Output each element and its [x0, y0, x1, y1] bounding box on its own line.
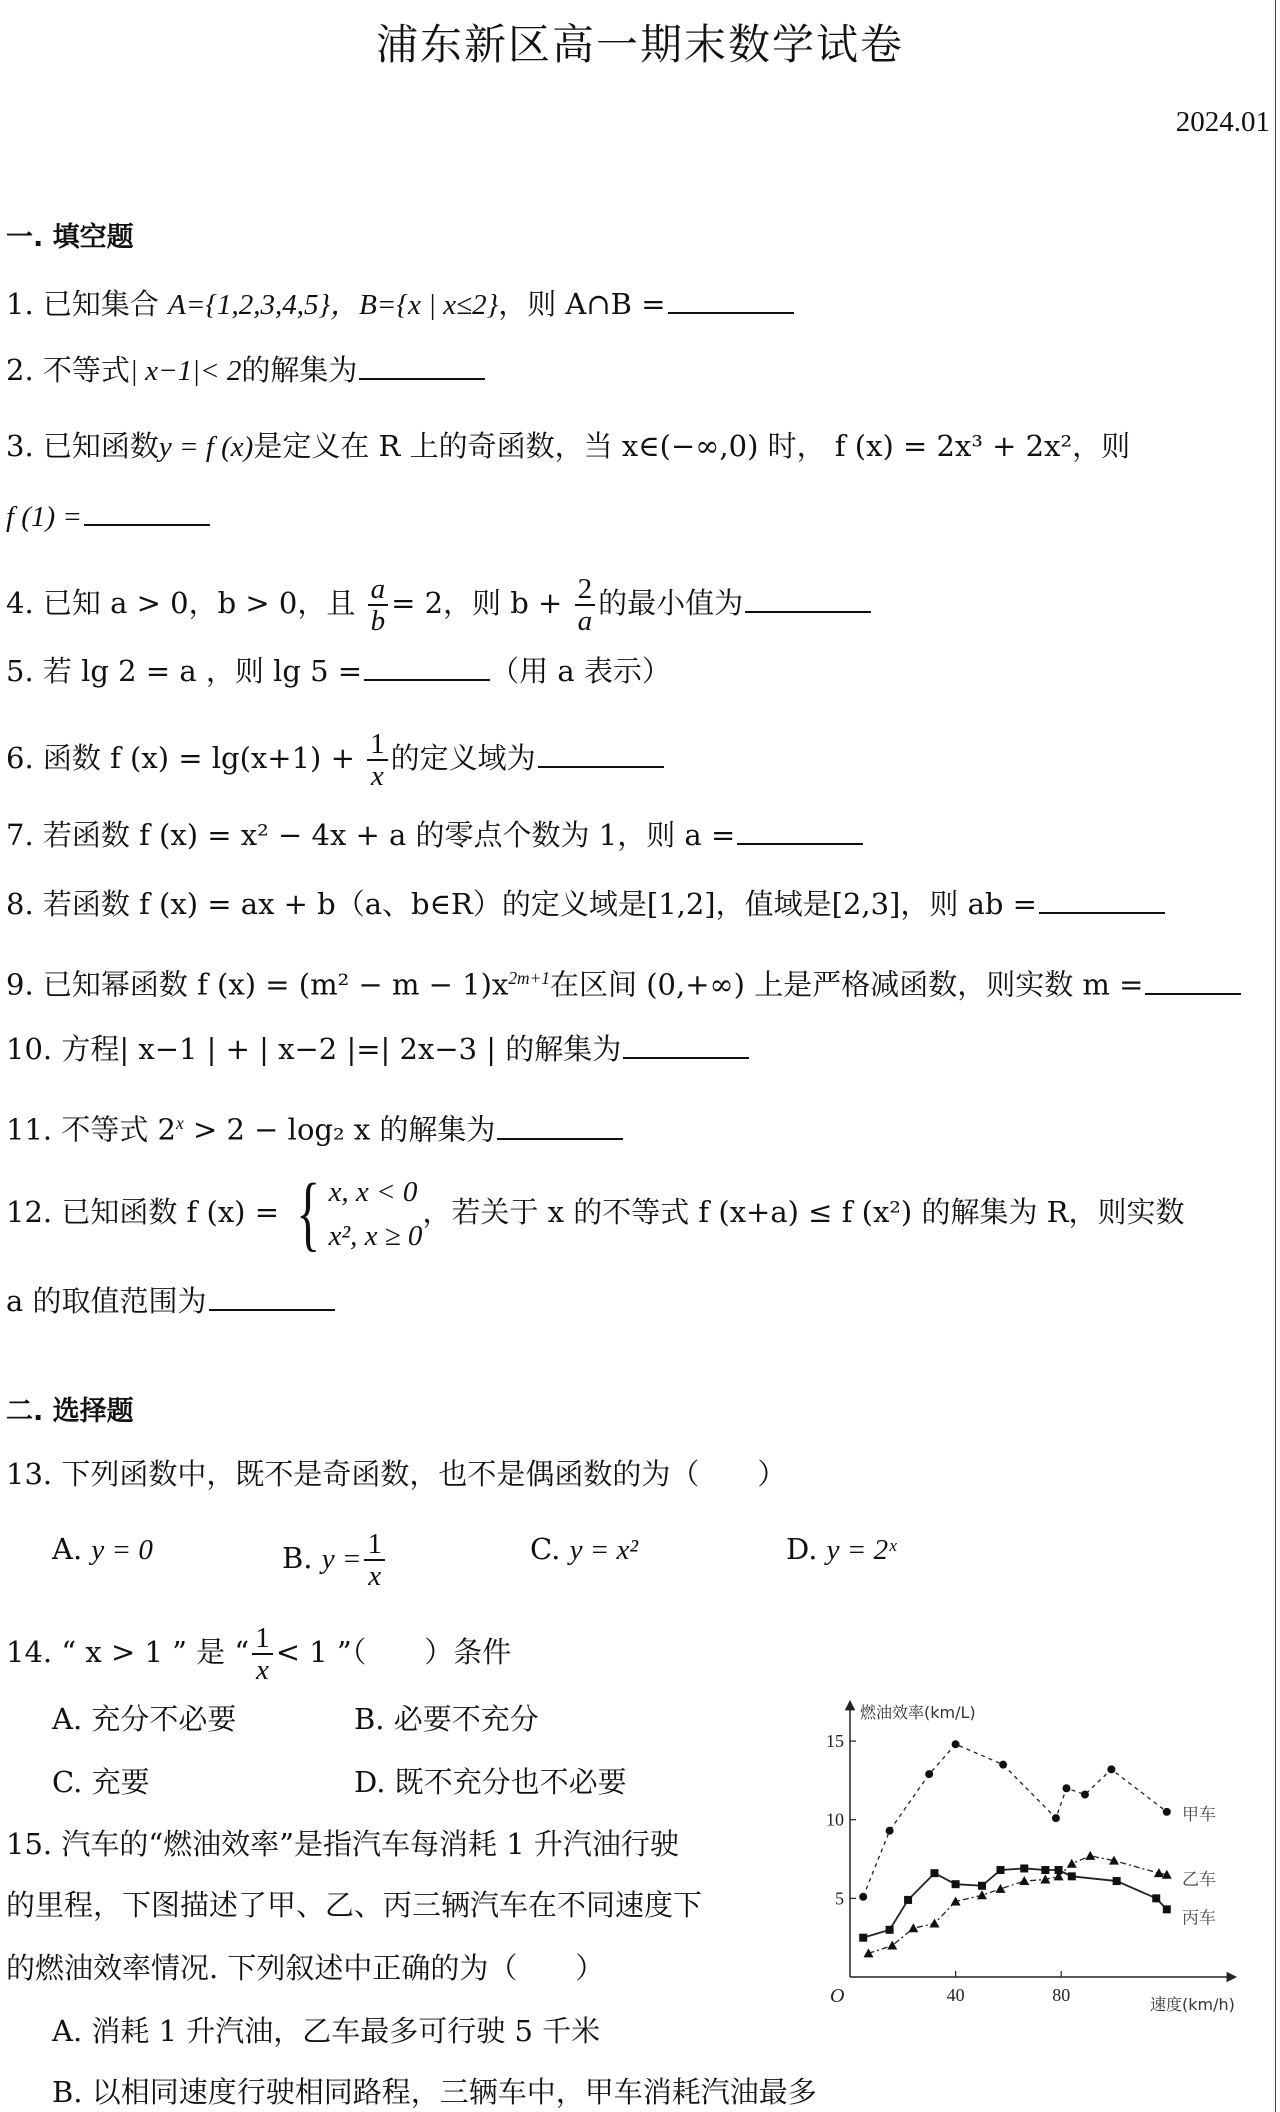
answer-blank[interactable]	[1145, 967, 1241, 995]
math-expression: | x−1|< 2	[130, 355, 241, 387]
section-fill-in-heading: 一. 填空题	[6, 218, 134, 258]
question-5: 5. 若 lg 2 = a ，则 lg 5 =（用 a 表示）	[6, 651, 671, 691]
q13-option-d[interactable]: D. y = 2ˣ	[786, 1529, 896, 1570]
question-6: 6. 函数 f (x) = lg(x+1) + 1x的定义域为	[6, 729, 664, 791]
series-2: 乙车	[863, 1851, 1216, 1958]
question-3: 3. 已知函数y = f (x)是定义在 R 上的奇函数，当 x∈(−∞,0) …	[6, 426, 1130, 467]
question-number: 11.	[6, 1113, 52, 1147]
fraction: 1x	[252, 1623, 273, 1685]
section-choice-heading: 二. 选择题	[6, 1392, 134, 1432]
q13-option-c[interactable]: C. y = x²	[530, 1529, 638, 1570]
svg-text:15: 15	[826, 1731, 844, 1751]
legend-label: 丙车	[1182, 1908, 1216, 1928]
x-tick-labels: 4080	[947, 1971, 1071, 2005]
question-number: 2.	[6, 353, 34, 387]
question-text: 函数 f (x) = lg(x+1) +	[43, 741, 355, 775]
fraction: ab	[368, 574, 389, 636]
svg-text:10: 10	[826, 1810, 844, 1830]
origin-label: O	[830, 1985, 844, 2007]
question-11: 11. 不等式 2x > 2 − log₂ x 的解集为	[6, 1103, 623, 1150]
question-number: 7.	[6, 818, 34, 852]
case-1: x, x < 0	[329, 1170, 423, 1214]
q14-option-b[interactable]: B. 必要不充分	[354, 1699, 539, 1739]
question-number: 5.	[6, 654, 34, 688]
question-7: 7. 若函数 f (x) = x² − 4x + a 的零点个数为 1，则 a …	[6, 815, 863, 855]
math-expression: A={1,2,3,4,5}，B={x | x≤2}	[168, 289, 498, 321]
question-10: 10. 方程| x−1 | + | x−2 |=| 2x−3 | 的解集为	[6, 1029, 749, 1069]
question-text: 的最小值为	[598, 586, 743, 620]
question-text: 的解集为	[241, 353, 357, 387]
question-text: （用 a 表示）	[490, 654, 671, 688]
exam-date: 2024.01	[1176, 106, 1270, 139]
question-text: 若 lg 2 = a ，则 lg 5 =	[43, 654, 362, 688]
question-text: 已知函数 f (x) =	[61, 1195, 279, 1229]
question-number: 9.	[6, 968, 34, 1002]
series-group: 甲车乙车丙车	[859, 1740, 1216, 1957]
question-text: ，则 A∩B =	[498, 287, 665, 321]
answer-blank[interactable]	[359, 352, 485, 380]
fraction: 1x	[367, 729, 388, 791]
q14-option-a[interactable]: A. 充分不必要	[52, 1699, 236, 1739]
question-15-line-2: 的里程，下图描述了甲、乙、丙三辆汽车在不同速度下	[6, 1885, 702, 1925]
question-text: a 的取值范围为	[6, 1284, 207, 1318]
question-text: 已知幂函数 f (x) = (m² − m − 1)x	[43, 968, 508, 1002]
exponent: 2m+1	[508, 968, 550, 988]
fuel-efficiency-chart: 51015 4080 燃油效率(km/L) 速度(km/h) O 甲车乙车丙车	[810, 1680, 1280, 2020]
q15-option-b[interactable]: B. 以相同速度行驶相同路程，三辆车中，甲车消耗汽油最多	[52, 2072, 817, 2112]
question-text: 已知 a > 0，b > 0，且	[43, 586, 355, 620]
answer-blank[interactable]	[1039, 886, 1165, 914]
question-12: 12. 已知函数 f (x) = { x, x < 0x², x ≥ 0 ，若关…	[6, 1168, 1185, 1258]
question-text: = 2，则 b +	[391, 586, 562, 620]
exponent: x	[176, 1113, 184, 1133]
q15-option-a[interactable]: A. 消耗 1 升汽油，乙车最多可行驶 5 千米	[52, 2011, 600, 2051]
question-text: 是定义在 R 上的奇函数，当 x∈(−∞,0) 时， f (x) = 2x³ +…	[253, 429, 1130, 463]
exam-title: 浦东新区高一期末数学试卷	[0, 12, 1280, 72]
question-2: 2. 不等式| x−1|< 2的解集为	[6, 350, 485, 391]
question-8: 8. 若函数 f (x) = ax + b（a、b∈R）的定义域是[1,2]，值…	[6, 884, 1165, 924]
question-text: 若函数 f (x) = x² − 4x + a 的零点个数为 1，则 a =	[43, 818, 735, 852]
question-text: 不等式 2	[61, 1113, 176, 1147]
legend-label: 乙车	[1182, 1870, 1216, 1890]
question-12-continued: a 的取值范围为	[6, 1281, 335, 1321]
question-9: 9. 已知幂函数 f (x) = (m² − m − 1)x2m+1在区间 (0…	[6, 958, 1241, 1005]
answer-blank[interactable]	[497, 1112, 623, 1140]
question-text: 若函数 f (x) = ax + b（a、b∈R）的定义域是[1,2]，值域是[…	[43, 887, 1037, 921]
svg-text:80: 80	[1052, 1985, 1070, 2005]
question-text: 14. “ x > 1 ” 是 “	[6, 1635, 249, 1669]
answer-blank[interactable]	[84, 498, 210, 526]
question-number: 12.	[6, 1195, 52, 1229]
q13-option-a[interactable]: A. y = 0	[52, 1529, 153, 1570]
question-text: > 2 − log₂ x 的解集为	[184, 1113, 496, 1147]
q14-option-d[interactable]: D. 既不充分也不必要	[354, 1762, 627, 1802]
question-text: 方程| x−1 | + | x−2 |=| 2x−3 | 的解集为	[61, 1032, 621, 1066]
question-text: 已知集合	[43, 287, 168, 321]
answer-blank[interactable]	[364, 653, 490, 681]
answer-blank[interactable]	[623, 1031, 749, 1059]
y-axis-label: 燃油效率(km/L)	[860, 1703, 976, 1722]
q13-option-b[interactable]: B. y =1x	[282, 1529, 388, 1591]
left-brace: {	[296, 1172, 320, 1256]
question-number: 10.	[6, 1032, 52, 1066]
answer-blank[interactable]	[745, 585, 871, 613]
answer-blank[interactable]	[668, 286, 794, 314]
fraction: 2a	[575, 574, 596, 636]
answer-blank[interactable]	[538, 740, 664, 768]
question-15-line-3: 的燃油效率情况. 下列叙述中正确的为（ ）	[6, 1948, 604, 1988]
math-expression: y = f (x)	[159, 431, 253, 463]
question-text: ，若关于 x 的不等式 f (x+a) ≤ f (x²) 的解集为 R，则实数	[422, 1195, 1184, 1229]
svg-text:40: 40	[947, 1985, 965, 2005]
question-text: 已知函数	[43, 429, 159, 463]
y-tick-labels: 51015	[826, 1731, 856, 1908]
question-number: 4.	[6, 586, 34, 620]
question-number: 8.	[6, 887, 34, 921]
question-15-line-1: 15. 汽车的“燃油效率”是指汽车每消耗 1 升汽油行驶	[6, 1824, 679, 1864]
answer-blank[interactable]	[737, 817, 863, 845]
question-1: 1. 已知集合 A={1,2,3,4,5}，B={x | x≤2}，则 A∩B …	[6, 284, 794, 325]
question-text: 的定义域为	[391, 741, 536, 775]
question-text: 在区间 (0,+∞) 上是严格减函数，则实数 m =	[550, 968, 1143, 1002]
question-3-continued: f (1) =	[6, 496, 210, 537]
question-13: 13. 下列函数中，既不是奇函数，也不是偶函数的为（ ）	[6, 1454, 786, 1494]
question-number: 3.	[6, 429, 34, 463]
question-4: 4. 已知 a > 0，b > 0，且 ab= 2，则 b + 2a的最小值为	[6, 574, 871, 636]
math-expression: f (1) =	[6, 501, 82, 533]
piecewise-function: { x, x < 0x², x ≥ 0	[288, 1170, 422, 1258]
legend-label: 甲车	[1182, 1805, 1216, 1825]
question-14: 14. “ x > 1 ” 是 “1x< 1 ”（ ）条件	[6, 1623, 511, 1685]
answer-blank[interactable]	[209, 1283, 335, 1311]
svg-text:5: 5	[835, 1888, 844, 1908]
case-2: x², x ≥ 0	[329, 1214, 423, 1258]
question-number: 1.	[6, 287, 34, 321]
question-text: 不等式	[43, 353, 130, 387]
question-number: 6.	[6, 741, 34, 775]
q14-option-c[interactable]: C. 充要	[52, 1762, 150, 1802]
x-axis-label: 速度(km/h)	[1150, 1995, 1235, 2014]
question-text: < 1 ”（ ）条件	[276, 1635, 512, 1669]
